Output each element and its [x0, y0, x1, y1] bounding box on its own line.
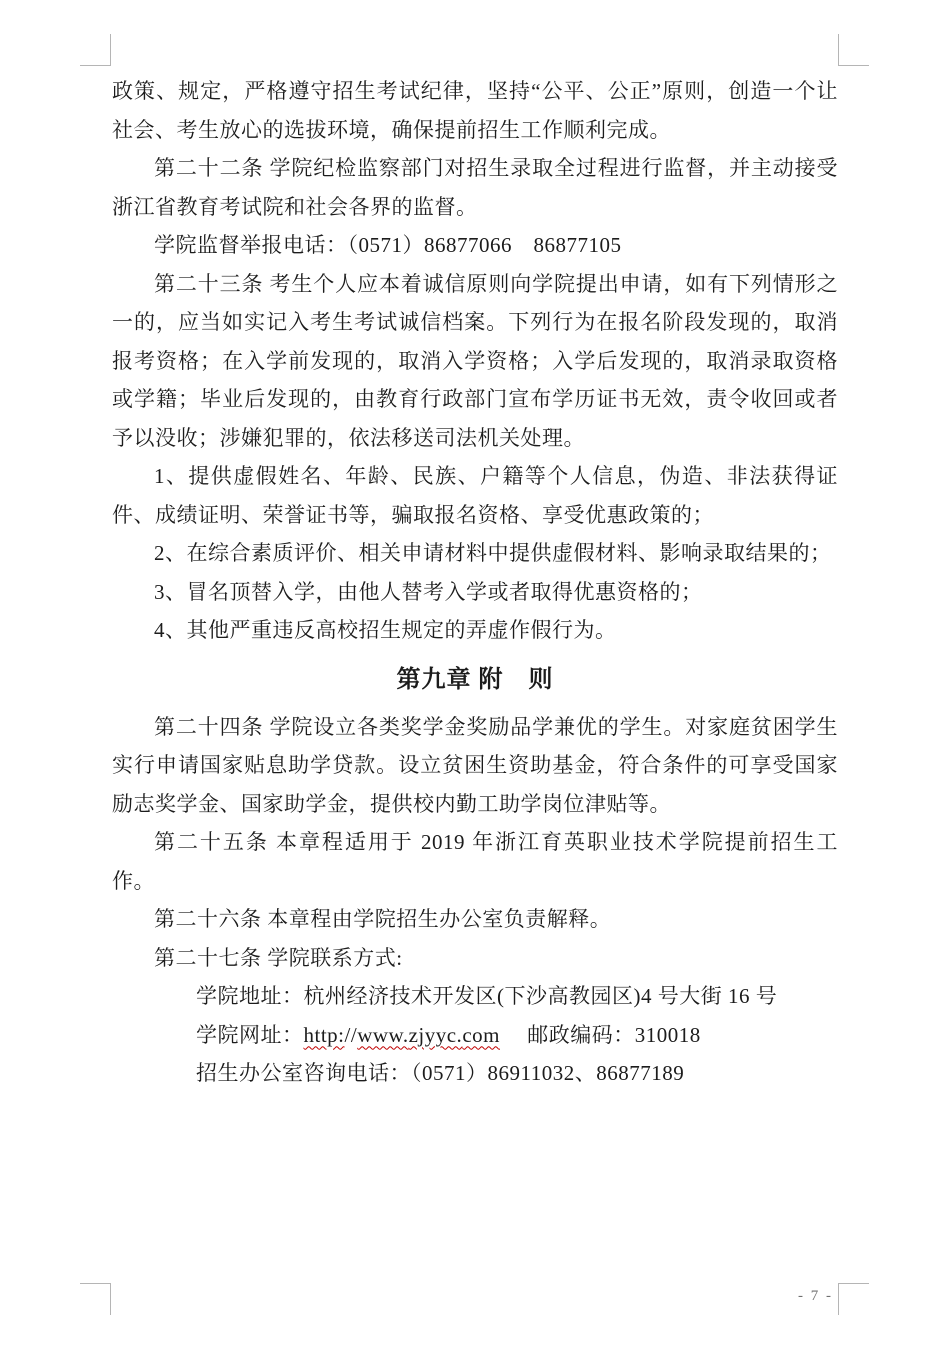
text-run: 邮政编码：310018 [500, 1023, 701, 1047]
misspelled-text: com [462, 1023, 500, 1047]
paragraph: 2、在综合素质评价、相关申请材料中提供虚假材料、影响录取结果的； [112, 534, 838, 573]
paragraph: 政策、规定，严格遵守招生考试纪律，坚持“公平、公正”原则，创造一个让社会、考生放… [112, 72, 838, 149]
paragraph: 1、提供虚假姓名、年龄、民族、户籍等个人信息，伪造、非法获得证件、成绩证明、荣誉… [112, 457, 838, 534]
crop-mark-top-left [80, 34, 111, 66]
text-run: 学院地址：杭州经济技术开发区(下沙高教园区)4 号大街 16 号 [196, 984, 777, 1008]
text-run: 第九章 附 则 [397, 667, 554, 693]
misspelled-text: http: [304, 1023, 345, 1047]
paragraph: 学院地址：杭州经济技术开发区(下沙高教园区)4 号大街 16 号 [112, 977, 838, 1016]
text-run: 第二十四条 学院设立各类奖学金奖励品学兼优的学生。对家庭贫困学生实行申请国家贴息… [112, 715, 838, 816]
paragraph: 第二十四条 学院设立各类奖学金奖励品学兼优的学生。对家庭贫困学生实行申请国家贴息… [112, 708, 838, 824]
paragraph: 第二十六条 本章程由学院招生办公室负责解释。 [112, 900, 838, 939]
text-run: 第二十六条 本章程由学院招生办公室负责解释。 [154, 907, 611, 931]
misspelled-text: www. [357, 1023, 408, 1047]
paragraph: 学院监督举报电话：（0571）86877066 86877105 [112, 226, 838, 265]
text-run: 4、其他严重违反高校招生规定的弄虚作假行为。 [154, 618, 617, 642]
paragraph: 第二十三条 考生个人应本着诚信原则向学院提出申请，如有下列情形之一的，应当如实记… [112, 265, 838, 458]
text-run: 3、冒名顶替入学，由他人替考入学或者取得优惠资格的； [154, 580, 703, 604]
crop-mark-top-right [838, 34, 869, 66]
crop-mark-bottom-right [838, 1283, 869, 1315]
text-run: // [345, 1023, 358, 1047]
paragraph: 4、其他严重违反高校招生规定的弄虚作假行为。 [112, 611, 838, 650]
paragraph: 第二十二条 学院纪检监察部门对招生录取全过程进行监督，并主动接受浙江省教育考试院… [112, 149, 838, 226]
text-run: 第二十七条 学院联系方式: [154, 946, 403, 970]
text-run: 招生办公室咨询电话：（0571）86911032、86877189 [196, 1061, 684, 1085]
text-run: 1、提供虚假姓名、年龄、民族、户籍等个人信息，伪造、非法获得证件、成绩证明、荣誉… [112, 464, 838, 527]
paragraph: 第二十五条 本章程适用于 2019 年浙江育英职业技术学院提前招生工作。 [112, 823, 838, 900]
text-run: 第二十二条 学院纪检监察部门对招生录取全过程进行监督，并主动接受浙江省教育考试院… [112, 156, 838, 219]
document-body: 政策、规定，严格遵守招生考试纪律，坚持“公平、公正”原则，创造一个让社会、考生放… [112, 72, 838, 1093]
page-number: - 7 - [798, 1288, 833, 1305]
crop-mark-bottom-left [80, 1283, 111, 1315]
paragraph: 3、冒名顶替入学，由他人替考入学或者取得优惠资格的； [112, 573, 838, 612]
text-run: 第二十三条 考生个人应本着诚信原则向学院提出申请，如有下列情形之一的，应当如实记… [112, 272, 838, 450]
paragraph: 学院网址：http://www.zjyyc.com 邮政编码：310018 [112, 1016, 838, 1055]
text-run: 学院监督举报电话：（0571）86877066 86877105 [154, 233, 622, 257]
paragraph: 第二十七条 学院联系方式: [112, 939, 838, 978]
text-run: 2、在综合素质评价、相关申请材料中提供虚假材料、影响录取结果的； [154, 541, 832, 565]
text-run: 第二十五条 本章程适用于 2019 年浙江育英职业技术学院提前招生工作。 [112, 830, 838, 893]
text-run: 学院网址： [196, 1023, 304, 1047]
chapter-heading: 第九章 附 则 [112, 660, 838, 700]
paragraph: 招生办公室咨询电话：（0571）86911032、86877189 [112, 1054, 838, 1093]
misspelled-text: zjyyc. [409, 1023, 463, 1047]
document-page: 政策、规定，严格遵守招生考试纪律，坚持“公平、公正”原则，创造一个让社会、考生放… [0, 0, 948, 1369]
text-run: 政策、规定，严格遵守招生考试纪律，坚持“公平、公正”原则，创造一个让社会、考生放… [112, 79, 838, 142]
